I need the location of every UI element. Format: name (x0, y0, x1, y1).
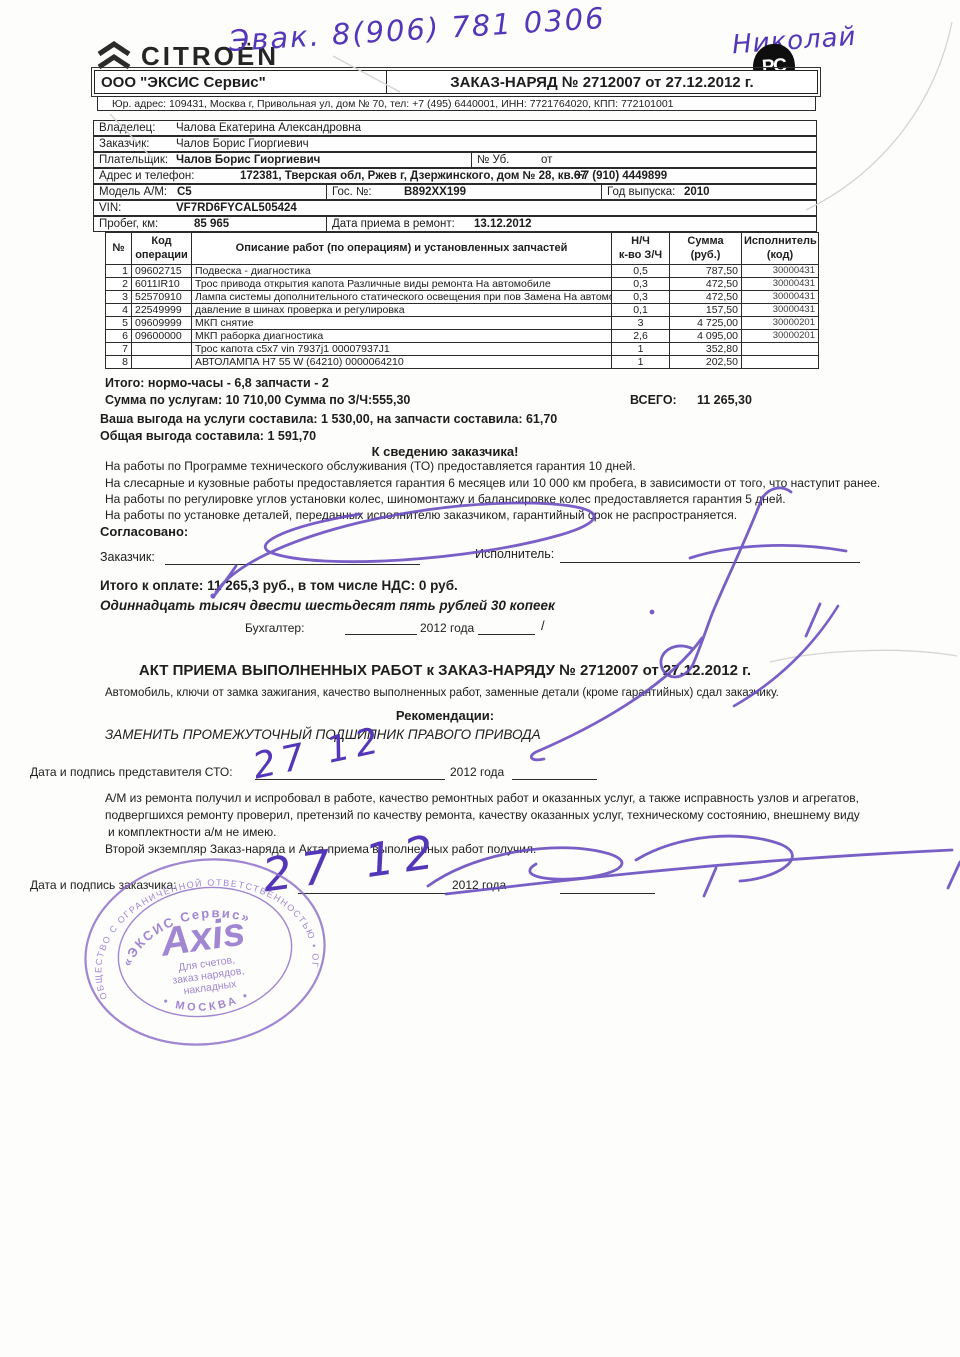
total-label: ВСЕГО: (630, 393, 677, 407)
row-sum: 472,50 (670, 278, 742, 291)
claims-line: и комплектности а/м не имею. (108, 825, 276, 839)
row-num: 1 (106, 265, 132, 278)
row-sum: 202,50 (670, 356, 742, 369)
row-qty: 3 (612, 317, 670, 330)
address-value: 172381, Тверская обл, Ржев г, Дзержинско… (240, 170, 587, 182)
sto-signature-line (512, 778, 597, 780)
act-handover-line: Автомобиль, ключи от замка зажигания, ка… (105, 687, 779, 699)
model-row: Модель А/М: C5 Гос. №: B892XX199 Год вып… (93, 184, 817, 200)
intake-value: 13.12.2012 (474, 218, 532, 230)
row-qty: 1 (612, 343, 670, 356)
notice-title: К сведению заказчика! (105, 444, 785, 459)
customer-sign-label: Заказчик: (100, 550, 155, 564)
year-label: Год выпуска: (607, 186, 675, 198)
plate-value: B892XX199 (404, 186, 466, 198)
row-exec: 30000201 (742, 317, 819, 330)
table-row: 8 АВТОЛАМПА H7 55 W (64210) 0000064210 1… (106, 356, 819, 369)
customer-value: Чалов Борис Гиоргиевич (176, 138, 309, 150)
customer-signature-line2 (560, 892, 655, 894)
ub-from-label: от (541, 154, 552, 166)
row-desc: Трос привода открытия капота Различные в… (192, 278, 612, 291)
row-sum: 787,50 (670, 265, 742, 278)
vin-label: VIN: (99, 202, 121, 214)
accountant-label: Бухгалтер: (245, 621, 304, 635)
row-desc: МКП раборка диагностика (192, 330, 612, 343)
row-desc: Подвеска - диагностика (192, 265, 612, 278)
executor-sign-label: Исполнитель: (475, 547, 554, 561)
payer-value: Чалов Борис Гиоргиевич (176, 154, 320, 166)
row-code: 09609999 (132, 317, 192, 330)
order-title: ЗАКАЗ-НАРЯД № 2712007 от 27.12.2012 г. (450, 74, 753, 91)
divider (601, 185, 602, 199)
intake-label: Дата приема в ремонт: (332, 218, 455, 230)
row-num: 2 (106, 278, 132, 291)
customer-label: Заказчик: (99, 138, 149, 150)
model-label: Модель А/М: (99, 186, 167, 198)
row-qty: 0,1 (612, 304, 670, 317)
row-num: 3 (106, 291, 132, 304)
customer-year-suffix: 2012 года (452, 878, 506, 892)
row-qty: 0,3 (612, 278, 670, 291)
table-row: 4 22549999 давление в шинах проверка и р… (106, 304, 819, 317)
company-name: ООО "ЭКСИС Сервис" (101, 74, 266, 91)
owner-row: Владелец: Чалова Екатерина Александровна (93, 120, 817, 136)
table-row: 5 09609999 МКП снятие 3 4 725,00 3000020… (106, 317, 819, 330)
scanned-work-order-document: { "handwriting": { "top_note": "Эвак. 8(… (0, 0, 960, 1357)
works-header-row: № Код операции Описание работ (по операц… (106, 233, 819, 265)
row-desc: АВТОЛАМПА H7 55 W (64210) 0000064210 (192, 356, 612, 369)
accountant-signature-line (345, 633, 417, 635)
mileage-value: 85 965 (194, 218, 229, 230)
row-num: 8 (106, 356, 132, 369)
col-code: Код операции (132, 233, 192, 265)
owner-label: Владелец: (99, 122, 155, 134)
claims-line: подвергшихся ремонту проверил, претензий… (105, 808, 860, 822)
title-bar: ООО "ЭКСИС Сервис" ЗАКАЗ-НАРЯД № 2712007… (94, 70, 818, 94)
row-code: 09600000 (132, 330, 192, 343)
owner-value: Чалова Екатерина Александровна (176, 122, 361, 134)
row-exec: 30000431 (742, 304, 819, 317)
divider (326, 185, 327, 199)
address-label: Адрес и телефон: (99, 170, 194, 182)
table-row: 6 09600000 МКП раборка диагностика 2,6 4… (106, 330, 819, 343)
benefit-line2: Общая выгода составила: 1 591,70 (100, 429, 316, 443)
mileage-label: Пробег, км: (99, 218, 158, 230)
benefit-line1: Ваша выгода на услуги составила: 1 530,0… (100, 412, 557, 426)
customer-row: Заказчик: Чалов Борис Гиоргиевич (93, 136, 817, 152)
col-sum: Сумма (руб.) (670, 233, 742, 265)
col-exec: Исполнитель (код) (742, 233, 819, 265)
col-qty: Н/Ч к-во З/Ч (612, 233, 670, 265)
totals-line2: Сумма по услугам: 10 710,00 Сумма по З/Ч… (105, 393, 410, 407)
payer-row: Плательщик: Чалов Борис Гиоргиевич № Уб.… (93, 152, 817, 168)
phone-value: +7 (910) 4449899 (576, 170, 667, 182)
row-desc: Трос капота c5x7 vin 7937j1 00007937J1 (192, 343, 612, 356)
row-exec: 30000431 (742, 291, 819, 304)
divider (471, 153, 472, 167)
year-value: 2010 (684, 186, 710, 198)
plate-label: Гос. №: (332, 186, 372, 198)
row-num: 5 (106, 317, 132, 330)
amount-in-words: Одиннадцать тысяч двести шестьдесят пять… (100, 598, 555, 613)
accountant-year-suffix: 2012 года (420, 621, 474, 635)
row-qty: 2,6 (612, 330, 670, 343)
row-code: 22549999 (132, 304, 192, 317)
total-value: 11 265,30 (697, 393, 752, 407)
company-name-cell: ООО "ЭКСИС Сервис" (95, 71, 387, 93)
notice-line: На слесарные и кузовные работы предостав… (105, 476, 880, 490)
legal-address: Юр. адрес: 109431, Москва г, Привольная … (112, 98, 674, 110)
row-code: 09602715 (132, 265, 192, 278)
row-code (132, 343, 192, 356)
table-row: 3 52570910 Лампа системы дополнительного… (106, 291, 819, 304)
notice-line: На работы по Программе технического обсл… (105, 459, 636, 473)
row-exec: 30000201 (742, 330, 819, 343)
vin-value: VF7RD6FYCAL505424 (176, 202, 297, 214)
sto-date-line (255, 778, 445, 780)
handwritten-tow-phone-note: Эвак. 8(906) 781 0306 (228, 1, 606, 58)
recommendations-label: Рекомендации: (105, 708, 785, 723)
vin-row: VIN: VF7RD6FYCAL505424 (93, 200, 817, 216)
row-num: 7 (106, 343, 132, 356)
row-exec: 30000431 (742, 265, 819, 278)
row-sum: 4 095,00 (670, 330, 742, 343)
row-qty: 0,3 (612, 291, 670, 304)
act-title: АКТ ПРИЕМА ВЫПОЛНЕННЫХ РАБОТ к ЗАКАЗ-НАР… (105, 662, 785, 679)
row-exec (742, 343, 819, 356)
agreed-label: Согласовано: (100, 524, 188, 539)
row-exec: 30000431 (742, 278, 819, 291)
row-exec (742, 356, 819, 369)
row-code (132, 356, 192, 369)
model-value: C5 (177, 186, 192, 198)
row-sum: 472,50 (670, 291, 742, 304)
legal-address-bar: Юр. адрес: 109431, Москва г, Привольная … (97, 96, 816, 111)
table-row: 2 6011IR10 Трос привода открытия капота … (106, 278, 819, 291)
row-sum: 4 725,00 (670, 317, 742, 330)
col-num: № (106, 233, 132, 265)
row-desc: Лампа системы дополнительного статическо… (192, 291, 612, 304)
executor-signature-line (560, 561, 860, 563)
divider (326, 217, 327, 231)
ub-label: № Уб. (477, 154, 509, 166)
table-row: 1 09602715 Подвеска - диагностика 0,5 78… (106, 265, 819, 278)
handwritten-name-note: Николай (731, 22, 857, 61)
row-code: 6011IR10 (132, 278, 192, 291)
notice-line: На работы по регулировке углов установки… (105, 492, 786, 506)
row-sum: 352,80 (670, 343, 742, 356)
row-desc: давление в шинах проверка и регулировка (192, 304, 612, 317)
accountant-date-line (478, 633, 535, 635)
row-code: 52570910 (132, 291, 192, 304)
customer-signature-line (165, 563, 420, 565)
accountant-slash: / (541, 618, 545, 633)
service-stamp: ОБЩЕСТВО С ОГРАНИЧЕННОЙ ОТВЕТСТВЕННОСТЬЮ… (70, 852, 340, 1052)
works-table: № Код операции Описание работ (по операц… (105, 232, 819, 369)
totals-line1: Итого: нормо-часы - 6,8 запчасти - 2 (105, 376, 329, 390)
sto-year-suffix: 2012 года (450, 765, 504, 779)
row-num: 6 (106, 330, 132, 343)
address-row: Адрес и телефон: 172381, Тверская обл, Р… (93, 168, 817, 184)
notice-line: На работы по установке деталей, переданн… (105, 508, 737, 522)
row-qty: 0,5 (612, 265, 670, 278)
payer-label: Плательщик: (99, 154, 168, 166)
row-num: 4 (106, 304, 132, 317)
row-sum: 157,50 (670, 304, 742, 317)
order-title-cell: ЗАКАЗ-НАРЯД № 2712007 от 27.12.2012 г. (387, 71, 817, 93)
claims-line: А/М из ремонта получил и испробовал в ра… (105, 791, 859, 805)
sto-date-label: Дата и подпись представителя СТО: (30, 765, 233, 779)
row-qty: 1 (612, 356, 670, 369)
mileage-row: Пробег, км: 85 965 Дата приема в ремонт:… (93, 216, 817, 232)
col-desc: Описание работ (по операциям) и установл… (192, 233, 612, 265)
table-row: 7 Трос капота c5x7 vin 7937j1 00007937J1… (106, 343, 819, 356)
citroen-chevrons-icon (95, 40, 133, 72)
payable-line: Итого к оплате: 11 265,3 руб., в том чис… (100, 578, 458, 593)
row-desc: МКП снятие (192, 317, 612, 330)
